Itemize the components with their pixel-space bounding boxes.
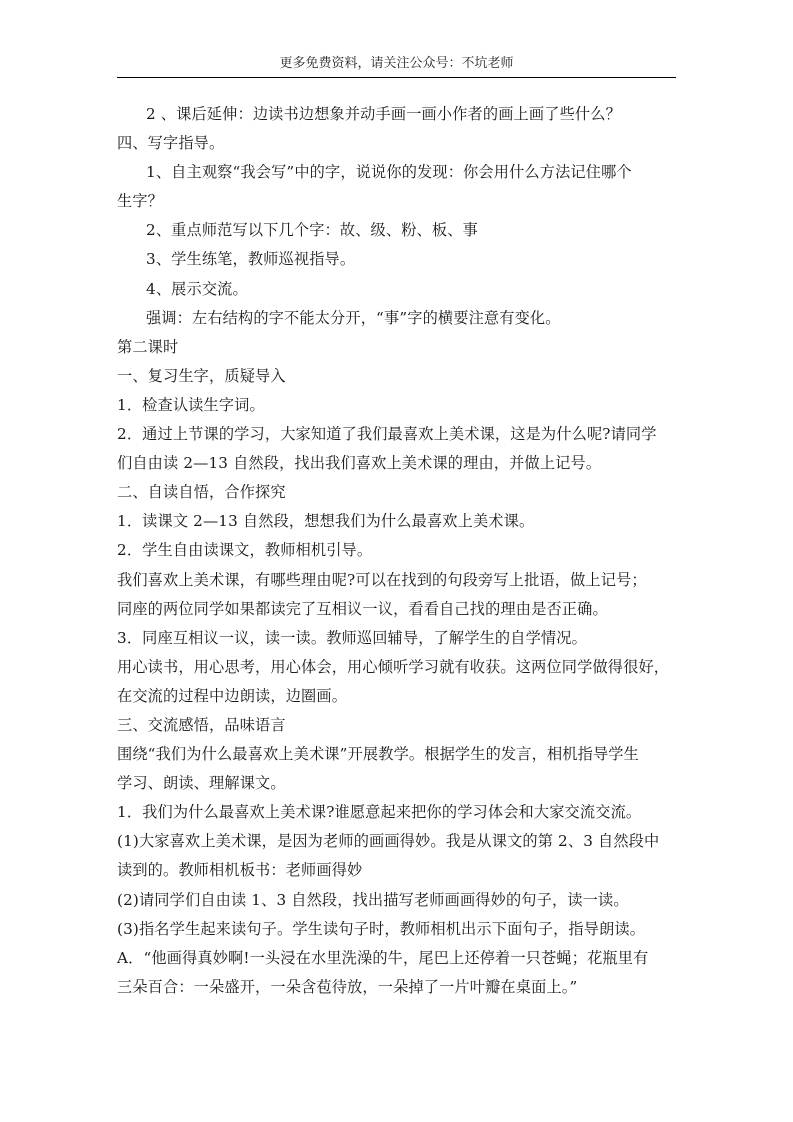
page-header: 更多免费资料，请关注公众号：不坑老师 [117,55,676,77]
paragraph-line: 1．读课文 2—13 自然段，想想我们为什么最喜欢上美术课。 [117,507,677,536]
paragraph-line: (3)指名学生起来读句子。学生读句子时，教师相机出示下面句子，指导朗读。 [117,915,677,944]
paragraph-line: 2 、课后延伸：边读书边想象并动手画一画小作者的画上画了些什么？ [117,100,677,129]
section-heading: 二、自读自悟，合作探究 [117,478,677,507]
lesson-heading: 第二课时 [117,333,677,362]
paragraph-line: 同座的两位同学如果都读完了互相议一议，看看自己找的理由是否正确。 [117,595,677,624]
paragraph-line: 在交流的过程中边朗读，边圈画。 [117,682,677,711]
paragraph-line: 3、学生练笔，教师巡视指导。 [117,245,677,274]
header-divider [117,77,676,78]
quoted-passage-line: A．“他画得真妙啊!一头浸在水里洗澡的牛，尾巴上还停着一只苍蝇；花瓶里有 [117,944,677,973]
paragraph-line: 读到的。教师相机板书：老师画得妙 [117,856,677,885]
paragraph-line: 4、展示交流。 [117,275,677,304]
paragraph-line: 3．同座互相议一议，读一读。教师巡回辅导，了解学生的自学情况。 [117,624,677,653]
paragraph-line: 1．我们为什么最喜欢上美术课?谁愿意起来把你的学习体会和大家交流交流。 [117,798,677,827]
paragraph-line: 用心读书，用心思考，用心体会，用心倾听学习就有收获。这两位同学做得很好， [117,653,677,682]
paragraph-line: 我们喜欢上美术课，有哪些理由呢?可以在找到的句段旁写上批语，做上记号； [117,566,677,595]
section-heading: 四、写字指导。 [117,129,677,158]
quoted-passage-line: 三朵百合：一朵盛开，一朵含苞待放，一朵掉了一片叶瓣在桌面上。” [117,973,677,1002]
section-heading: 三、交流感悟，品味语言 [117,711,677,740]
section-heading: 一、复习生字，质疑导入 [117,362,677,391]
paragraph-line: 们自由读 2—13 自然段，找出我们喜欢上美术课的理由，并做上记号。 [117,449,677,478]
paragraph-line: 2．学生自由读课文，教师相机引导。 [117,536,677,565]
paragraph-line: 1．检查认读生字词。 [117,391,677,420]
paragraph-line: 2．通过上节课的学习，大家知道了我们最喜欢上美术课，这是为什么呢?请同学 [117,420,677,449]
paragraph-line: 围绕“我们为什么最喜欢上美术课”开展教学。根据学生的发言，相机指导学生 [117,740,677,769]
paragraph-line: (2)请同学们自由读 1、3 自然段，找出描写老师画画得妙的句子，读一读。 [117,886,677,915]
paragraph-line: 1、自主观察“我会写”中的字，说说你的发现：你会用什么方法记住哪个 [117,158,677,187]
paragraph-line: (1)大家喜欢上美术课，是因为老师的画画得妙。我是从课文的第 2、3 自然段中 [117,827,677,856]
paragraph-line: 强调：左右结构的字不能太分开，“事”字的横要注意有变化。 [117,304,677,333]
paragraph-line: 2、重点师范写以下几个字：故、级、粉、板、事 [117,216,677,245]
document-body: 2 、课后延伸：边读书边想象并动手画一画小作者的画上画了些什么？ 四、写字指导。… [117,100,677,1002]
paragraph-line: 学习、朗读、理解课文。 [117,769,677,798]
paragraph-line: 生字？ [117,187,677,216]
